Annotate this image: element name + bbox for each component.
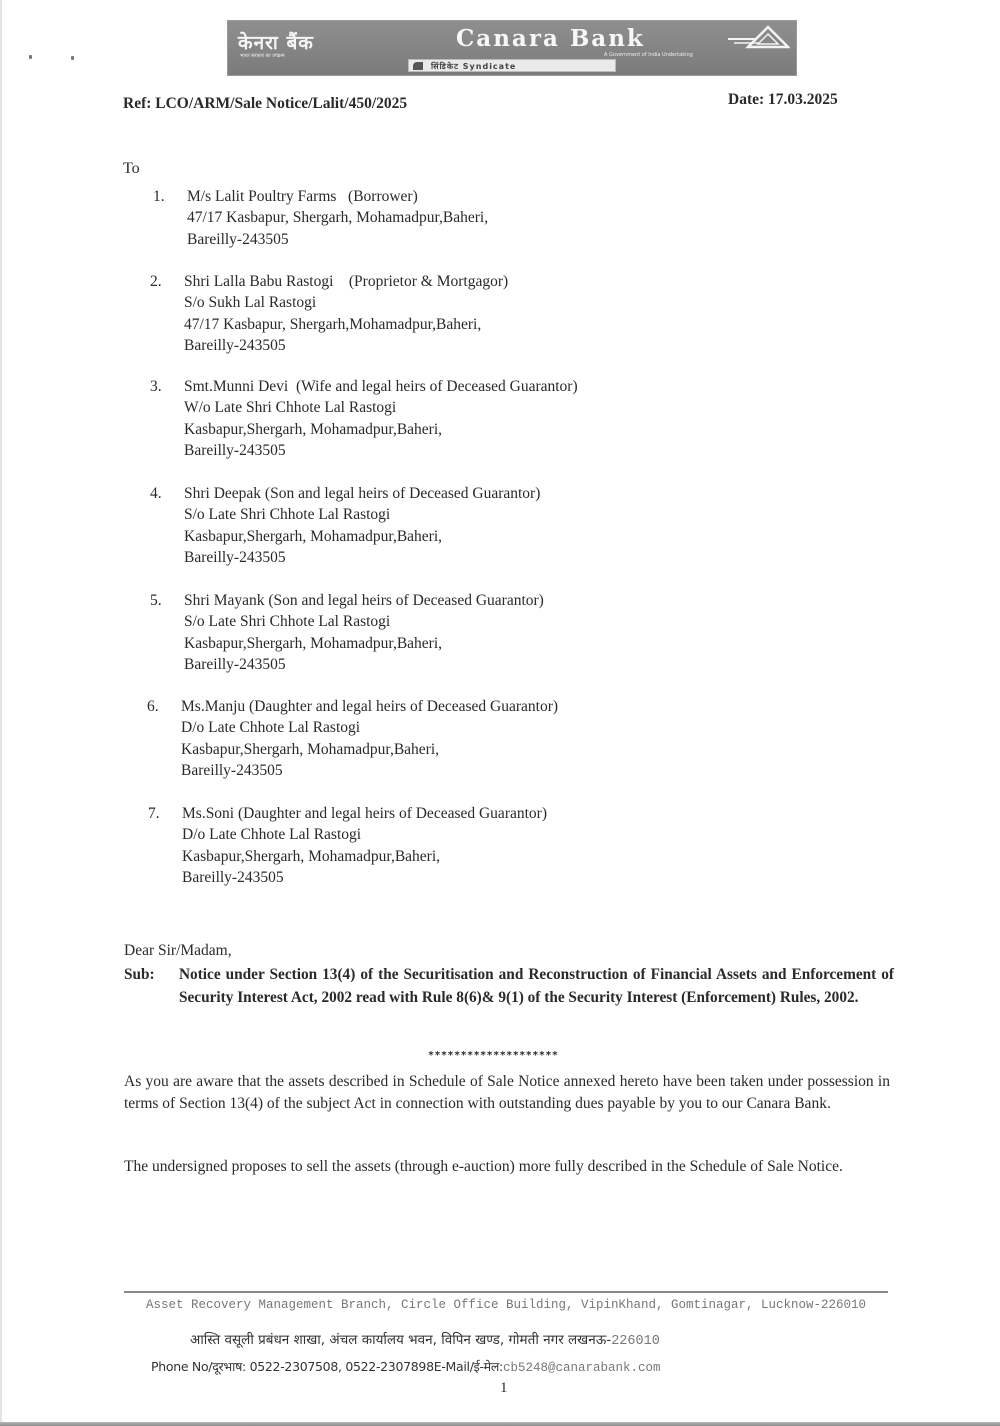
recipient-address-line: Bareilly-243505 — [187, 229, 488, 250]
recipient-address-line: D/o Late Chhote Lal Rastogi — [182, 824, 547, 845]
recipient-address: Ms.Soni (Daughter and legal heirs of Dec… — [182, 803, 547, 888]
syndicate-merger-badge: सिंडिकेट Syndicate — [408, 59, 616, 72]
recipient-name: M/s Lalit Poultry Farms (Borrower) — [187, 186, 488, 207]
page-edge — [0, 1422, 1000, 1426]
letter-date: Date: 17.03.2025 — [728, 91, 838, 109]
syndicate-label: सिंडिकेट Syndicate — [431, 62, 516, 71]
recipient-address-line: Bareilly-243505 — [184, 654, 544, 675]
footer-email[interactable]: cb5248@canarabank.com — [503, 1361, 661, 1375]
to-label: To — [123, 160, 140, 178]
recipient-number: 1. — [153, 186, 181, 207]
recipient-address-line: 47/17 Kasbapur, Shergarh,Mohamadpur,Bahe… — [184, 314, 508, 335]
recipient-number: 6. — [147, 696, 175, 717]
scan-speck — [29, 55, 32, 59]
bank-name-hindi: केनरा बैंक — [238, 29, 314, 55]
canara-triangle-logo-icon — [728, 25, 790, 49]
subject-label: Sub: — [124, 964, 155, 987]
recipient-address-line: Kasbapur,Shergarh, Mohamadpur,Baheri, — [184, 526, 540, 547]
recipient-item: 5.Shri Mayank (Son and legal heirs of De… — [150, 590, 544, 675]
footer-address-hindi: आस्ति वसूली प्रबंधन शाखा, अंचल कार्यालय … — [190, 1330, 660, 1349]
recipient-address: Shri Mayank (Son and legal heirs of Dece… — [184, 590, 544, 675]
footer-divider — [124, 1291, 888, 1293]
recipient-address-line: 47/17 Kasbapur, Shergarh, Mohamadpur,Bah… — [187, 207, 488, 228]
footer-contact: Phone No/दूरभाष: 0522-2307508, 0522-2307… — [151, 1358, 660, 1375]
recipient-item: 4.Shri Deepak (Son and legal heirs of De… — [150, 483, 540, 568]
footer-address-hindi-text: आस्ति वसूली प्रबंधन शाखा, अंचल कार्यालय … — [190, 1332, 611, 1348]
recipient-item: 3.Smt.Munni Devi (Wife and legal heirs o… — [150, 376, 578, 461]
recipient-address: Shri Deepak (Son and legal heirs of Dece… — [184, 483, 540, 568]
recipient-address-line: S/o Late Shri Chhote Lal Rastogi — [184, 504, 540, 525]
recipient-name: Shri Mayank (Son and legal heirs of Dece… — [184, 590, 544, 611]
recipient-address-line: W/o Late Shri Chhote Lal Rastogi — [184, 397, 578, 418]
recipient-number: 4. — [150, 483, 178, 504]
recipient-name: Smt.Munni Devi (Wife and legal heirs of … — [184, 376, 578, 397]
subject-text: Notice under Section 13(4) of the Securi… — [179, 964, 894, 1009]
recipient-item: 7.Ms.Soni (Daughter and legal heirs of D… — [148, 803, 547, 888]
recipient-address-line: Bareilly-243505 — [184, 440, 578, 461]
letterhead-banner: केनरा बैंक भारत सरकार का उपक्रम Canara B… — [227, 20, 797, 76]
recipient-number: 3. — [150, 376, 178, 397]
recipient-address: Smt.Munni Devi (Wife and legal heirs of … — [184, 376, 578, 461]
recipient-number: 5. — [150, 590, 178, 611]
recipient-address-line: S/o Sukh Lal Rastogi — [184, 292, 508, 313]
bank-tagline-english: A Government of India Undertaking — [604, 52, 693, 58]
recipient-name: Shri Deepak (Son and legal heirs of Dece… — [184, 483, 540, 504]
recipient-address: Shri Lalla Babu Rastogi (Proprietor & Mo… — [184, 271, 508, 356]
recipient-number: 2. — [150, 271, 178, 292]
recipient-address: M/s Lalit Poultry Farms (Borrower)47/17 … — [187, 186, 488, 250]
page-number: 1 — [500, 1380, 508, 1397]
subject-block: Sub: Notice under Section 13(4) of the S… — [124, 964, 894, 1009]
recipient-address-line: D/o Late Chhote Lal Rastogi — [181, 717, 558, 738]
paragraph-e-auction: The undersigned proposes to sell the ass… — [124, 1156, 890, 1178]
page-edge — [0, 0, 2, 1426]
paragraph-possession: As you are aware that the assets describ… — [124, 1071, 890, 1114]
recipient-name: Ms.Manju (Daughter and legal heirs of De… — [181, 696, 558, 717]
recipient-item: 2.Shri Lalla Babu Rastogi (Proprietor & … — [150, 271, 508, 356]
recipient-item: 6.Ms.Manju (Daughter and legal heirs of … — [147, 696, 558, 781]
recipient-address-line: Kasbapur,Shergarh, Mohamadpur,Baheri, — [184, 633, 544, 654]
recipient-address-line: Kasbapur,Shergarh, Mohamadpur,Baheri, — [181, 739, 558, 760]
reference-number: Ref: LCO/ARM/Sale Notice/Lalit/450/2025 — [123, 95, 407, 113]
recipient-address: Ms.Manju (Daughter and legal heirs of De… — [181, 696, 558, 781]
recipient-address-line: Bareilly-243505 — [184, 335, 508, 356]
bank-name-english: Canara Bank — [456, 25, 645, 52]
separator: ******************** — [428, 1050, 558, 1061]
recipient-name: Shri Lalla Babu Rastogi (Proprietor & Mo… — [184, 271, 508, 292]
recipient-name: Ms.Soni (Daughter and legal heirs of Dec… — [182, 803, 547, 824]
salutation: Dear Sir/Madam, — [124, 942, 232, 960]
recipient-address-line: S/o Late Shri Chhote Lal Rastogi — [184, 611, 544, 632]
recipient-item: 1.M/s Lalit Poultry Farms (Borrower)47/1… — [153, 186, 488, 250]
recipient-number: 7. — [148, 803, 176, 824]
recipient-address-line: Bareilly-243505 — [184, 547, 540, 568]
recipient-address-line: Bareilly-243505 — [181, 760, 558, 781]
bank-tagline-hindi: भारत सरकार का उपक्रम — [240, 53, 285, 59]
footer-address-pin: 226010 — [611, 1334, 660, 1349]
recipient-address-line: Bareilly-243505 — [182, 867, 547, 888]
recipient-address-line: Kasbapur,Shergarh, Mohamadpur,Baheri, — [184, 419, 578, 440]
syndicate-logo-icon — [413, 62, 423, 70]
recipient-address-line: Kasbapur,Shergarh, Mohamadpur,Baheri, — [182, 846, 547, 867]
footer-address-english: Asset Recovery Management Branch, Circle… — [124, 1297, 888, 1313]
scan-speck — [71, 56, 74, 60]
footer-phone: Phone No/दूरभाष: 0522-2307508, 0522-2307… — [151, 1359, 503, 1374]
